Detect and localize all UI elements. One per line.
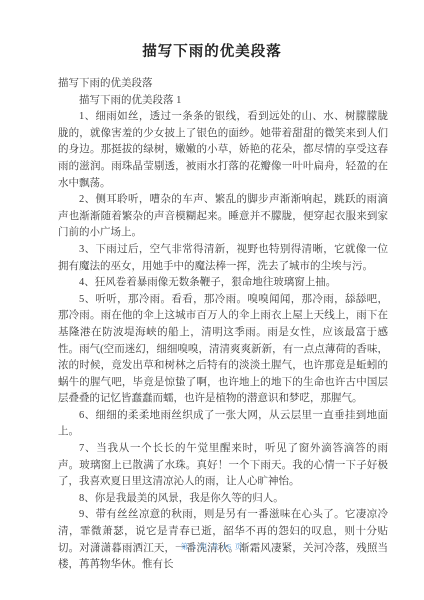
section-heading: 描写下雨的优美段落 1 [58,93,388,110]
paragraph-8: 8、你是我最美的风景，我是你久等的归人。 [58,491,388,508]
paragraph-7: 7、当我从一个长长的午觉里醒来时，听见了窗外滴答滴答的雨声。玻璃窗上已散满了水珠… [58,441,388,491]
paragraph-1: 1、细雨如丝，透过一条条的银线，看到远处的山、水、树朦朦胧胧的，就像害羞的少女披… [58,109,388,192]
page-number-indicator: 第 1 页 共 16 页 [181,542,244,551]
document-title: 描写下雨的优美段落 [0,0,424,61]
paragraph-4: 4、狂风卷着暴雨像无数条鞭子，狠命地往玻璃窗上抽。 [58,275,388,292]
document-page: 描写下雨的优美段落 描写下雨的优美段落 描写下雨的优美段落 1 1、细雨如丝，透… [0,0,424,600]
document-body: 描写下雨的优美段落 描写下雨的优美段落 1 1、细雨如丝，透过一条条的银线，看到… [58,76,388,574]
paragraph-5: 5、听听，那冷雨。看看，那冷雨。嗅嗅闻闻，那冷雨，舔舔吧，那冷雨。雨在他的伞上这… [58,292,388,408]
page-footer: 第 1 页 共 16 页 [0,541,424,552]
paragraph-2: 2、侧耳聆听，嘈杂的车声、繁乱的脚步声渐渐响起，跳跃的雨滴声也渐渐随着繁杂的声音… [58,192,388,242]
paragraph-6: 6、细细的柔柔地雨丝织成了一张大网，从云层里一直垂挂到地面上。 [58,408,388,441]
paragraph-3: 3、下雨过后，空气非常得清新，视野也特别得清晰，它就像一位拥有魔法的巫女，用她手… [58,242,388,275]
document-subtitle: 描写下雨的优美段落 [58,76,388,93]
